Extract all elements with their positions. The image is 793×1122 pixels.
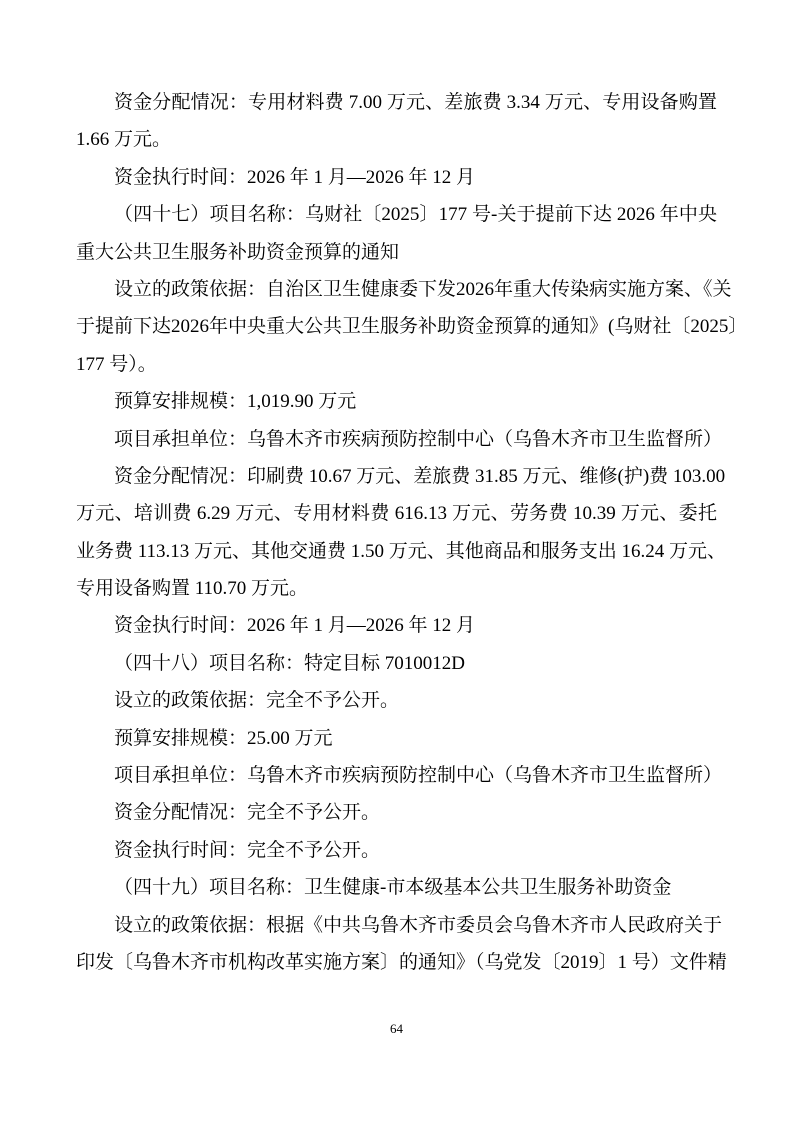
text-line: 于提前下达2026年中央重大公共卫生服务补助资金预算的通知》(乌财社〔2025〕 — [76, 308, 717, 345]
text-line: 预算安排规模：25.00 万元 — [76, 720, 717, 757]
text-line: 印发〔乌鲁木齐市机构改革实施方案〕的通知》（乌党发〔2019〕1 号）文件精 — [76, 944, 717, 981]
text-line: 项目承担单位：乌鲁木齐市疾病预防控制中心（乌鲁木齐市卫生监督所） — [76, 421, 717, 458]
text-line: 设立的政策依据：自治区卫生健康委下发2026年重大传染病实施方案、《关 — [76, 271, 717, 308]
document-body: 资金分配情况：专用材料费 7.00 万元、差旅费 3.34 万元、专用设备购置1… — [76, 84, 717, 981]
text-line: （四十九）项目名称：卫生健康-市本级基本公共卫生服务补助资金 — [76, 869, 717, 906]
text-line: 资金分配情况：专用材料费 7.00 万元、差旅费 3.34 万元、专用设备购置 — [76, 84, 717, 121]
text-line: 预算安排规模：1,019.90 万元 — [76, 383, 717, 420]
text-line: 专用设备购置 110.70 万元。 — [76, 570, 717, 607]
text-line: 设立的政策依据：完全不予公开。 — [76, 682, 717, 719]
text-line: 设立的政策依据：根据《中共乌鲁木齐市委员会乌鲁木齐市人民政府关于 — [76, 907, 717, 944]
text-line: （四十七）项目名称：乌财社〔2025〕177 号-关于提前下达 2026 年中央 — [76, 196, 717, 233]
text-line: 资金执行时间：完全不予公开。 — [76, 832, 717, 869]
text-line: 1.66 万元。 — [76, 121, 717, 158]
text-line: 资金执行时间：2026 年 1 月—2026 年 12 月 — [76, 607, 717, 644]
text-line: 资金执行时间：2026 年 1 月—2026 年 12 月 — [76, 159, 717, 196]
text-line: 资金分配情况：印刷费 10.67 万元、差旅费 31.85 万元、维修(护)费 … — [76, 458, 717, 495]
text-line: 资金分配情况：完全不予公开。 — [76, 794, 717, 831]
text-line: 业务费 113.13 万元、其他交通费 1.50 万元、其他商品和服务支出 16… — [76, 533, 717, 570]
text-line: 重大公共卫生服务补助资金预算的通知 — [76, 234, 717, 271]
text-line: 万元、培训费 6.29 万元、专用材料费 616.13 万元、劳务费 10.39… — [76, 495, 717, 532]
page-number: 64 — [0, 1021, 793, 1037]
document-page: 资金分配情况：专用材料费 7.00 万元、差旅费 3.34 万元、专用设备购置1… — [0, 0, 793, 1122]
text-line: （四十八）项目名称：特定目标 7010012D — [76, 645, 717, 682]
text-line: 177 号）。 — [76, 346, 717, 383]
text-line: 项目承担单位：乌鲁木齐市疾病预防控制中心（乌鲁木齐市卫生监督所） — [76, 757, 717, 794]
